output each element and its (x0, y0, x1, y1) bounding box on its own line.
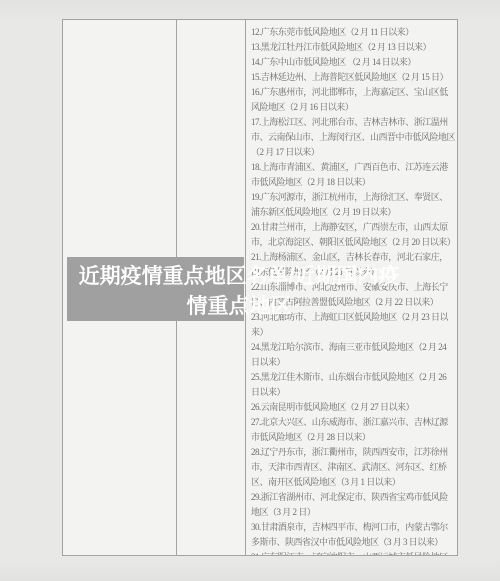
list-item: 12.广东东莞市低风险地区（2 月 11 日以来） (251, 25, 455, 40)
watermark-title-line1: 近期疫情重点地区名单/近期国内疫 (0, 262, 478, 292)
list-item: 30.甘肃酒泉市，吉林四平市、梅河口市，内蒙古鄂尔多斯市、陕西省汉中市低风险地区… (251, 520, 455, 550)
list-item: 24.黑龙江哈尔滨市、海南三亚市低风险地区（2 月 24 日以来） (251, 340, 455, 370)
list-item: 19.广东河源市，浙江杭州市，上海徐汇区、奉贤区、浦东新区低风险地区（2 月 1… (251, 190, 455, 220)
list-item: 27.北京大兴区、山东威海市、浙江嘉兴市、吉林辽源市低风险地区（2 月 28 日… (251, 415, 455, 445)
scanned-document-page: 12.广东东莞市低风险地区（2 月 11 日以来）13.黑龙江牡丹江市低风险地区… (0, 0, 500, 581)
list-item: 29.浙江省湖州市、河北保定市、陕西省宝鸡市低风险地区（3 月 2 日） (251, 490, 455, 520)
list-item: 28.辽宁丹东市，浙江衢州市，陕西西安市，江苏徐州市，天津市西青区、津南区、武清… (251, 445, 455, 490)
list-item: 14.广东中山市低风险地区 （2 月 14 日以来） (251, 55, 455, 70)
watermark-overlay: 近期疫情重点地区名单/近期国内疫 情重点地区 (0, 262, 478, 324)
list-item: 17.上海松江区、河北邢台市、吉林吉林市、浙江温州市、云南保山市、上海闵行区、山… (251, 115, 455, 160)
list-item: 18.上海市青浦区、黄浦区，广西百色市、江苏连云港市低风险地区（2 月 18 日… (251, 160, 455, 190)
list-item: 15.吉林延边州、上海普陀区低风险地区（2 月 15 日） (251, 70, 455, 85)
watermark-title-line2: 情重点地区 (0, 292, 478, 322)
list-item: 20.甘肃兰州市，上海静安区，广西崇左市，山西太原市，北京海淀区、朝阳区低风险地… (251, 220, 455, 250)
list-item: 16.广东惠州市，河北邯郸市，上海嘉定区、宝山区低风险地区（2 月 16 日以来… (251, 85, 455, 115)
list-item: 31.广东阳江市、辽宁沈阳市、山西运城市低风险地区（3 (251, 550, 455, 555)
list-item: 26.云南昆明市低风险地区（2 月 27 日以来） (251, 400, 455, 415)
list-item: 13.黑龙江牡丹江市低风险地区（2 月 13 日以来） (251, 40, 455, 55)
list-item: 25.黑龙江佳木斯市、山东烟台市低风险地区（2 月 26 日以来） (251, 370, 455, 400)
